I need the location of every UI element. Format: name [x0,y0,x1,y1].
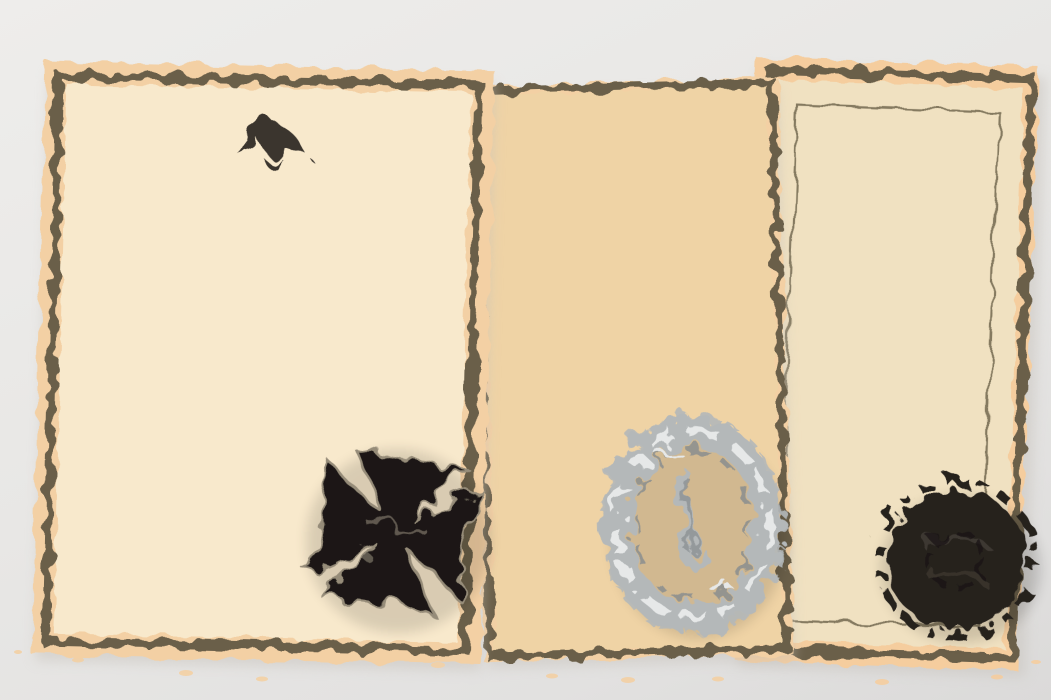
left-heading-script [178,240,353,244]
black-cross-body [303,439,486,622]
middle-signature-small [498,411,533,412]
middle-text-line [495,284,543,285]
paper-fleck [621,677,635,683]
middle-text-line [491,232,536,233]
photo-stage [0,0,1051,700]
silver-badge-glint [710,586,728,587]
certificate-left [31,61,500,671]
photo-canvas [0,0,1051,700]
right-title-script [778,148,910,153]
silver-badge-glint [660,455,680,456]
paper-fleck [712,677,724,682]
paper-fleck [179,670,193,676]
paper-fleck [431,662,445,668]
right-text-mark [853,519,883,520]
black-cross-badge [303,439,486,622]
left-heading-script [222,270,314,272]
middle-text-mark [563,494,593,495]
right-text-line [843,464,913,466]
left-text-mark [265,478,309,479]
paper-fleck [991,675,1003,680]
middle-signature-small [487,353,530,354]
middle-text-mark [518,339,545,340]
left-text-mark [256,296,284,297]
paper-fleck [14,650,22,654]
middle-title-script [486,133,593,136]
paper-fleck [72,658,84,663]
paper-fleck [546,674,558,679]
right-text-line [848,493,898,495]
paper-fleck [1031,660,1041,664]
paper-fleck [875,679,889,685]
left-signature-script [157,397,351,401]
right-text-mark [797,331,823,332]
paper-fleck [256,677,268,682]
certificate-middle [468,78,794,668]
left-text-mark [84,524,128,525]
